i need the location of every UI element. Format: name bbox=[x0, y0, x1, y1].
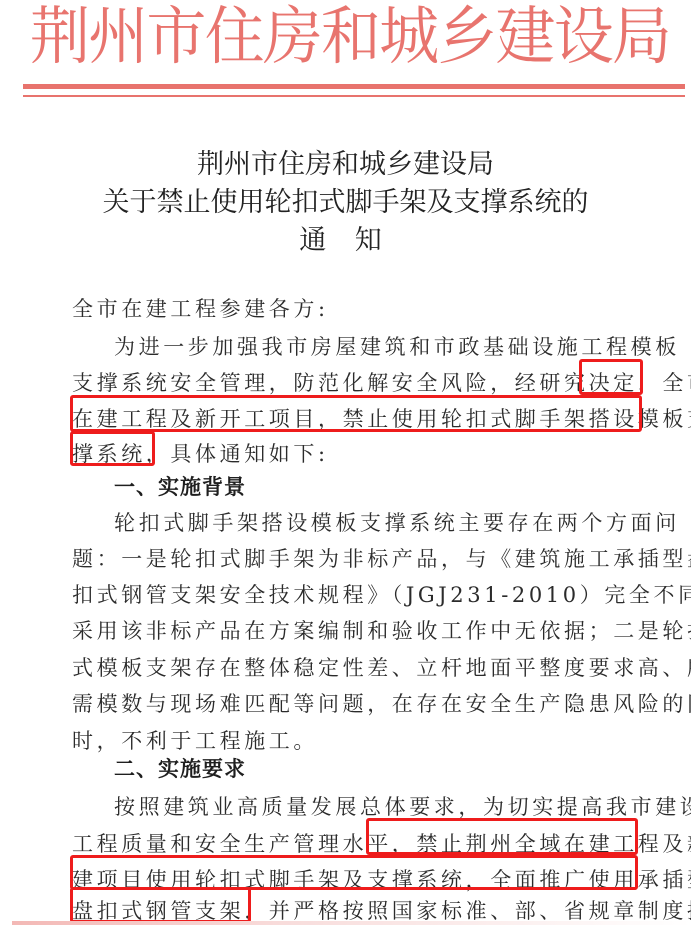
highlight-box bbox=[70, 855, 638, 890]
highlight-box bbox=[70, 431, 155, 466]
paragraph-line: 扣式钢管支架安全技术规程》（JGJ231-2010）完全不同， bbox=[72, 581, 642, 609]
highlight-box bbox=[70, 395, 642, 432]
letterhead-title: 荆 州 市 住 房 和 城 乡 建 设 局 bbox=[30, 2, 670, 72]
letterhead-char: 建 bbox=[496, 0, 554, 74]
paragraph-line: 支撑系统安全管理，防范化解安全风险，经研究决定，全市 bbox=[72, 369, 642, 397]
highlight-box bbox=[579, 359, 643, 395]
letterhead-char: 设 bbox=[554, 0, 612, 74]
letterhead-char: 州 bbox=[88, 0, 146, 74]
letterhead-char: 荆 bbox=[30, 0, 88, 74]
letterhead-divider-thin bbox=[23, 95, 685, 97]
document-title-line-2: 关于禁止使用轮扣式脚手架及支撑系统的 bbox=[0, 186, 691, 220]
letterhead-char: 和 bbox=[321, 0, 379, 74]
paragraph-line: 式模板支架存在整体稳定性差、立杆地面平整度要求高、所 bbox=[72, 654, 642, 682]
letterhead-char: 市 bbox=[146, 0, 204, 74]
paragraph-line: 时，不利于工程施工。 bbox=[72, 727, 642, 755]
letterhead-char: 房 bbox=[263, 0, 321, 74]
document-title-line-3: 通 知 bbox=[0, 224, 691, 258]
letterhead-char: 住 bbox=[205, 0, 263, 74]
document-title-line-1: 荆州市住房和城乡建设局 bbox=[0, 148, 691, 182]
paragraph-line: 撑系统，具体通知如下: bbox=[72, 440, 642, 468]
highlight-box bbox=[366, 818, 638, 855]
paragraph-line: 按照建筑业高质量发展总体要求，为切实提高我市建设 bbox=[72, 793, 642, 821]
salutation: 全市在建工程参建各方: bbox=[72, 295, 642, 323]
paragraph-line: 需模数与现场难匹配等问题，在存在安全生产隐患风险的同 bbox=[72, 690, 642, 718]
highlight-box bbox=[70, 887, 251, 923]
letterhead-char: 乡 bbox=[437, 0, 495, 74]
letterhead-char: 局 bbox=[612, 0, 670, 74]
page-edge-stain bbox=[12, 921, 691, 925]
letterhead-divider-thick bbox=[23, 84, 685, 89]
paragraph-line: 轮扣式脚手架搭设模板支撑系统主要存在两个方面问 bbox=[72, 509, 642, 537]
paragraph-line: 为进一步加强我市房屋建筑和市政基础设施工程模板 bbox=[72, 333, 642, 361]
paragraph-line: 题：一是轮扣式脚手架为非标产品，与《建筑施工承插型盘 bbox=[72, 545, 642, 573]
section-heading-requirements: 二、实施要求 bbox=[114, 755, 246, 783]
letterhead-char: 城 bbox=[379, 0, 437, 74]
section-heading-background: 一、实施背景 bbox=[114, 473, 246, 501]
paragraph-line: 采用该非标产品在方案编制和验收工作中无依据；二是轮扣 bbox=[72, 617, 642, 645]
